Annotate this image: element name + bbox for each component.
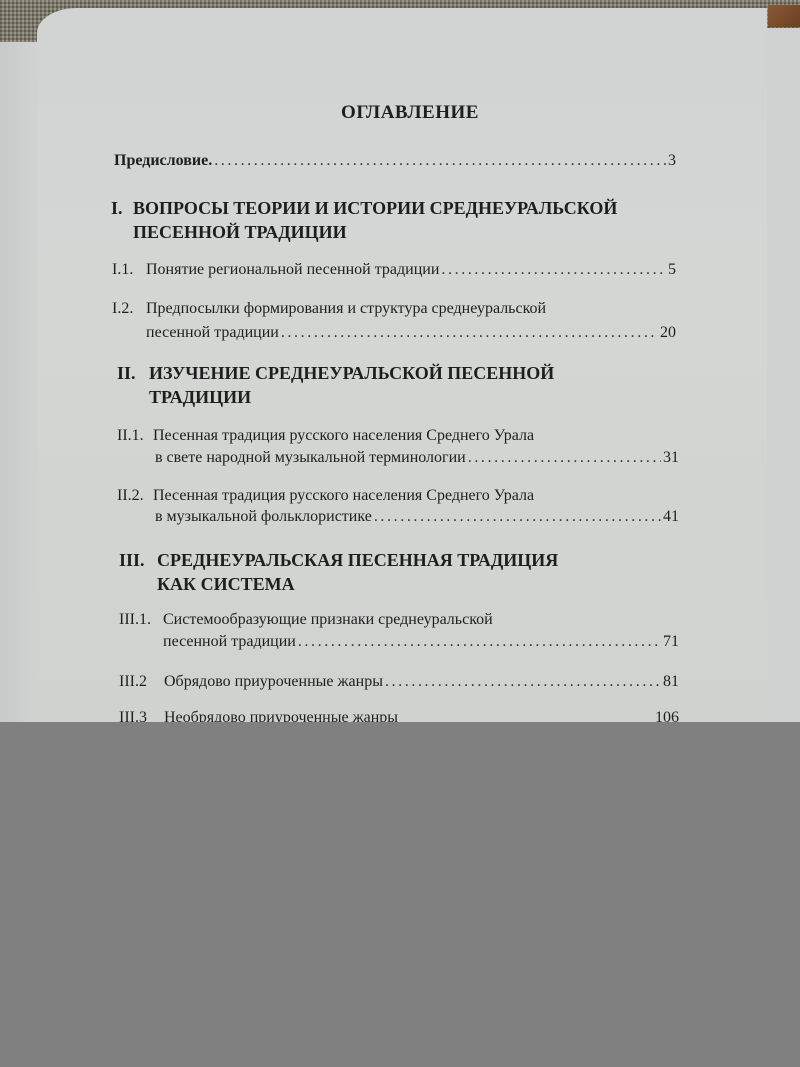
leader-dots: ........................................… [468, 447, 661, 469]
toc-entry-2-1: в свете народной музыкальной терминологи… [155, 447, 679, 469]
entry-label: в свете народной музыкальной терминологи… [155, 447, 466, 469]
toc-entry-preface: Предисловие. ...........................… [114, 150, 676, 172]
right-page-edge [765, 28, 800, 748]
chapter-number: I. [111, 196, 133, 220]
wood-corner [768, 5, 800, 27]
leader-dots: ........................................… [441, 259, 666, 281]
chapter-number: III. [119, 548, 157, 572]
toc-entry-1-2-line1: I.2.Предпосылки формирования и структура… [112, 298, 546, 320]
chapter-title-line: КАК СИСТЕМА [119, 572, 558, 596]
chapter-title-line: ИЗУЧЕНИЕ СРЕДНЕУРАЛЬСКОЙ ПЕСЕННОЙ [149, 363, 554, 383]
entry-number: II.1. [117, 425, 153, 447]
toc-entry-3-1-line1: III.1.Системообразующие признаки среднеу… [119, 609, 493, 631]
leader-dots: ........................................… [385, 671, 661, 693]
entry-number: II.2. [117, 485, 153, 507]
chapter-title-line: ВОПРОСЫ ТЕОРИИ И ИСТОРИИ СРЕДНЕУРАЛЬСКОЙ [133, 198, 617, 218]
entry-label: Понятие региональной песенной традиции [146, 259, 439, 281]
left-page-edge [0, 42, 38, 742]
toc-entry-2-1-line1: II.1.Песенная традиция русского населени… [117, 425, 534, 447]
chapter-2-heading: II.ИЗУЧЕНИЕ СРЕДНЕУРАЛЬСКОЙ ПЕСЕННОЙ ТРА… [117, 361, 554, 409]
entry-label: Песенная традиция русского населения Сре… [153, 487, 534, 504]
leader-dots: ........................................… [298, 631, 661, 653]
entry-page: 20 [660, 322, 676, 344]
entry-label: Обрядово приуроченные жанры [164, 671, 383, 693]
entry-page: 71 [663, 631, 679, 653]
entry-label: Песенная традиция русского населения Сре… [153, 427, 534, 444]
entry-page: 31 [663, 447, 679, 469]
entry-label: песенной традиции [163, 631, 296, 653]
leader-dots: ........................................… [374, 506, 661, 528]
entry-page: 81 [663, 671, 679, 693]
toc-entry-3-2: III.2 Обрядово приуроченные жанры ......… [119, 671, 679, 693]
entry-label: Предпосылки формирования и структура сре… [146, 300, 546, 317]
entry-number: I.2. [112, 298, 146, 320]
chapter-1-heading: I.ВОПРОСЫ ТЕОРИИ И ИСТОРИИ СРЕДНЕУРАЛЬСК… [111, 196, 617, 244]
entry-number: I.1. [112, 259, 146, 281]
entry-number: III.2 [119, 671, 164, 693]
leader-dots: ........................................… [214, 150, 666, 172]
entry-label: Предисловие. [114, 150, 212, 172]
toc-entry-1-2: песенной традиции ......................… [146, 322, 676, 344]
entry-number: III.1. [119, 609, 163, 631]
chapter-number: II. [117, 361, 149, 385]
toc-entry-1-1: I.1. Понятие региональной песенной тради… [112, 259, 676, 281]
entry-label: песенной традиции [146, 322, 279, 344]
toc-entry-2-2-line1: II.2.Песенная традиция русского населени… [117, 485, 534, 507]
chapter-title-line: ПЕСЕННОЙ ТРАДИЦИИ [111, 220, 617, 244]
toc-entry-3-1: песенной традиции ......................… [163, 631, 679, 653]
entry-label: Системообразующие признаки среднеуральск… [163, 611, 493, 628]
entry-label: в музыкальной фольклористике [155, 506, 372, 528]
redacted-region [0, 722, 800, 1067]
leader-dots: ........................................… [281, 322, 658, 344]
entry-page: 41 [663, 506, 679, 528]
entry-page: 5 [668, 259, 676, 281]
toc-entry-2-2: в музыкальной фольклористике ...........… [155, 506, 679, 528]
chapter-title-line: СРЕДНЕУРАЛЬСКАЯ ПЕСЕННАЯ ТРАДИЦИЯ [157, 550, 558, 570]
entry-page: 3 [668, 150, 676, 172]
chapter-3-heading: III.СРЕДНЕУРАЛЬСКАЯ ПЕСЕННАЯ ТРАДИЦИЯ КА… [119, 548, 558, 596]
toc-title: ОГЛАВЛЕНИЕ [0, 102, 800, 124]
chapter-title-line: ТРАДИЦИИ [117, 385, 554, 409]
